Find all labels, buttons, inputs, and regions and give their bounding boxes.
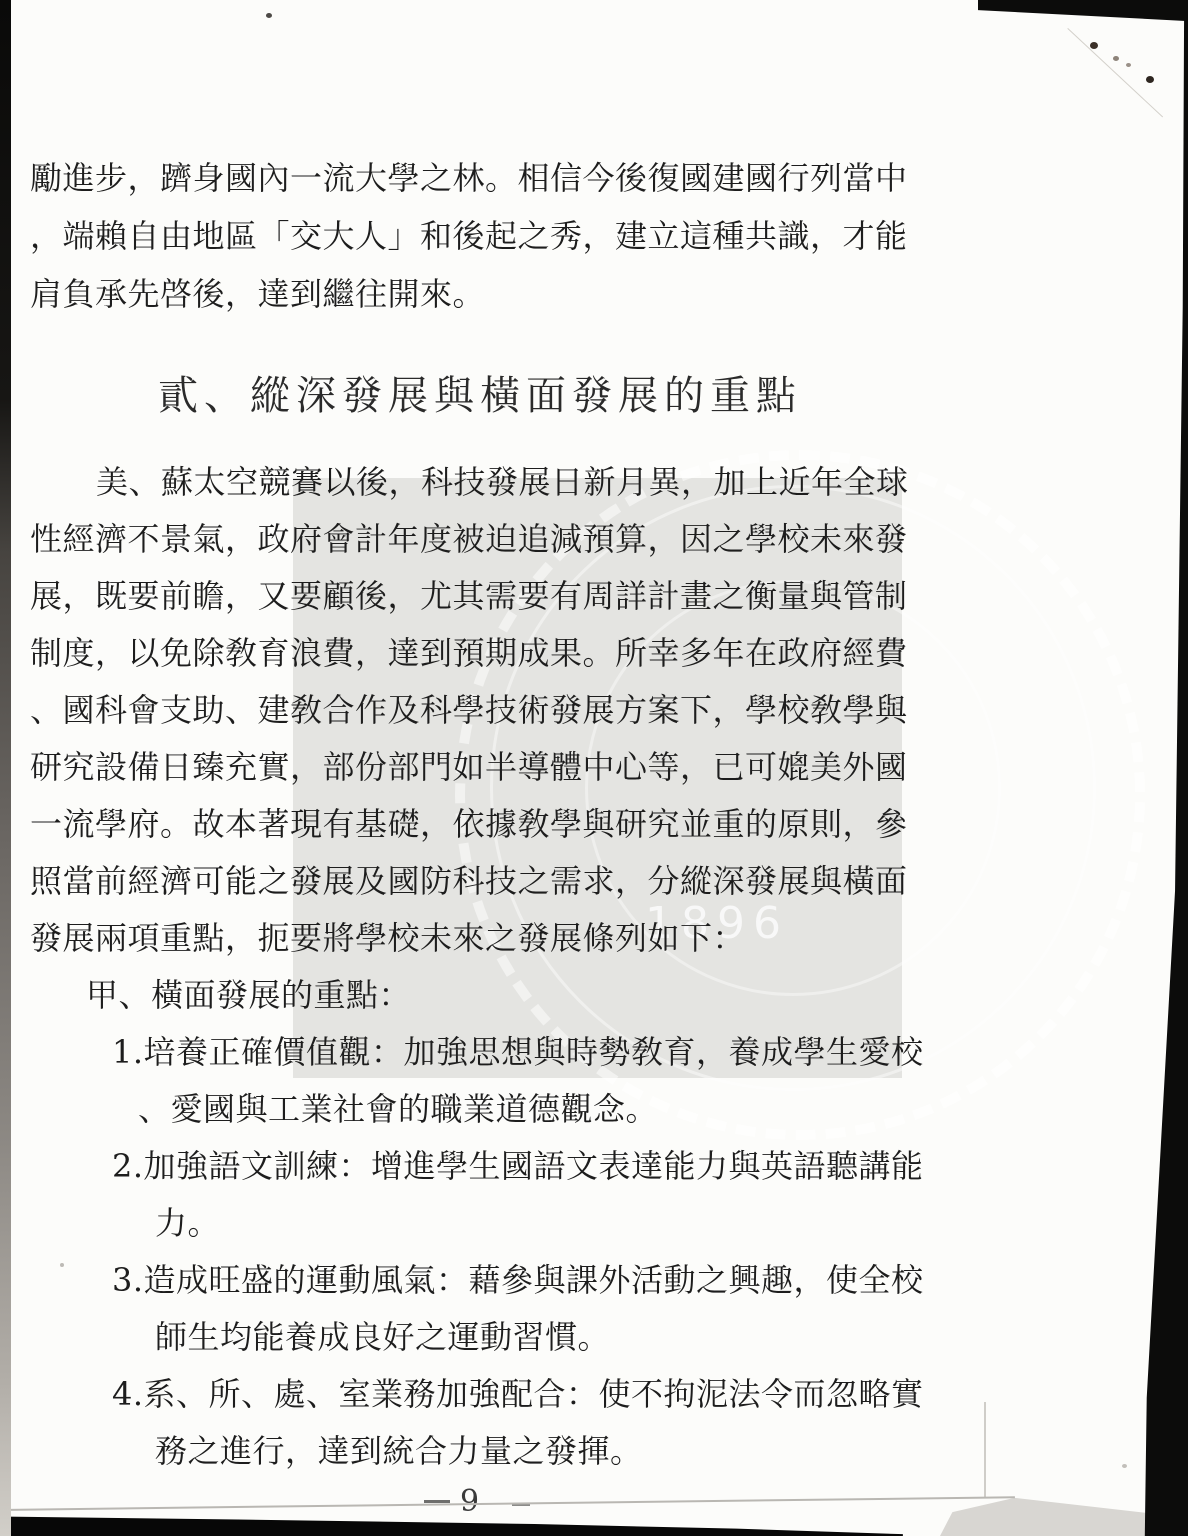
list-item-2-line2: 力。 bbox=[155, 1203, 220, 1243]
list-item-3-line2: 師生均能養成良好之運動習慣。 bbox=[155, 1317, 610, 1357]
paragraph2-line9: 發展兩項重點，扼要將學校未來之發展條列如下： bbox=[30, 918, 745, 958]
list-item-1-line2: 、愛國與工業社會的職業道德觀念。 bbox=[138, 1089, 658, 1129]
scan-top-right-band bbox=[978, 0, 1188, 24]
paragraph2-line4: 制度，以免除敎育浪費，達到預期成果。所幸多年在政府經費 bbox=[30, 633, 908, 673]
page-number-digit: 9 bbox=[460, 1484, 479, 1511]
speck bbox=[1090, 42, 1098, 49]
paragraph2-line7: 一流學府。故本著現有基礎，依據敎學與研究並重的原則，參 bbox=[30, 804, 908, 844]
scanned-document-page: 1896 勵進步，躋身國內一流大學之林。相信今後復國建國行列當中 ，端賴自由地區… bbox=[0, 0, 1188, 1536]
scan-right-edge-strip bbox=[1140, 0, 1188, 1536]
paragraph2-line2: 性經濟不景氣，政府會計年度被迫追減預算，因之學校未來發 bbox=[30, 519, 908, 559]
paragraph2-line1: 美、蘇太空競賽以後，科技發展日新月異，加上近年全球 bbox=[96, 462, 909, 502]
list-item-2-line1: 2.加強語文訓練：增進學生國語文表達能力與英語聽講能 bbox=[112, 1146, 924, 1186]
scan-scratch-line bbox=[1067, 28, 1163, 117]
list-item-4-line2: 務之進行，達到統合力量之發揮。 bbox=[155, 1431, 643, 1471]
paragraph1-line1: 勵進步，躋身國內一流大學之林。相信今後復國建國行列當中 bbox=[30, 158, 908, 198]
speck bbox=[1122, 1464, 1127, 1468]
scan-page-edge-vline bbox=[984, 1402, 986, 1498]
paragraph1-line3: 肩負承先啓後，達到繼往開來。 bbox=[30, 274, 485, 314]
paragraph1-line2: ，端賴自由地區「交大人」和後起之秀，建立這種共識，才能 bbox=[30, 216, 908, 256]
paragraph2-line8: 照當前經濟可能之發展及國防科技之需求，分縱深發展與橫面 bbox=[30, 861, 908, 901]
list-item-1-line1: 1.培養正確價值觀：加強思想與時勢敎育，養成學生愛校 bbox=[112, 1032, 924, 1072]
scan-left-edge-strip bbox=[0, 0, 11, 1536]
list-item-4-line1: 4.系、所、處、室業務加強配合：使不拘泥法令而忽略實 bbox=[112, 1374, 924, 1414]
page-number: 9 bbox=[460, 1484, 494, 1511]
paragraph2-line6: 研究設備日臻充實，部份部門如半導體中心等，已可媲美外國 bbox=[30, 747, 908, 787]
paragraph2-line3: 展，既要前瞻，又要顧後，尤其需要有周詳計畫之衡量與管制 bbox=[30, 576, 908, 616]
speck bbox=[1126, 63, 1131, 67]
scan-page-edge-line bbox=[0, 1496, 1015, 1511]
speck bbox=[1146, 76, 1154, 83]
paragraph2-line5: 、國科會支助、建敎合作及科學技術發展方案下，學校敎學與 bbox=[30, 690, 908, 730]
subsection-label: 甲、橫面發展的重點： bbox=[86, 975, 411, 1015]
speck bbox=[60, 1263, 64, 1267]
speck bbox=[266, 13, 272, 18]
list-item-3-line1: 3.造成旺盛的運動風氣：藉參與課外活動之興趣，使全校 bbox=[112, 1260, 924, 1300]
section-heading: 貳、縱深發展與橫面發展的重點 bbox=[158, 364, 802, 421]
speck bbox=[1113, 56, 1119, 61]
